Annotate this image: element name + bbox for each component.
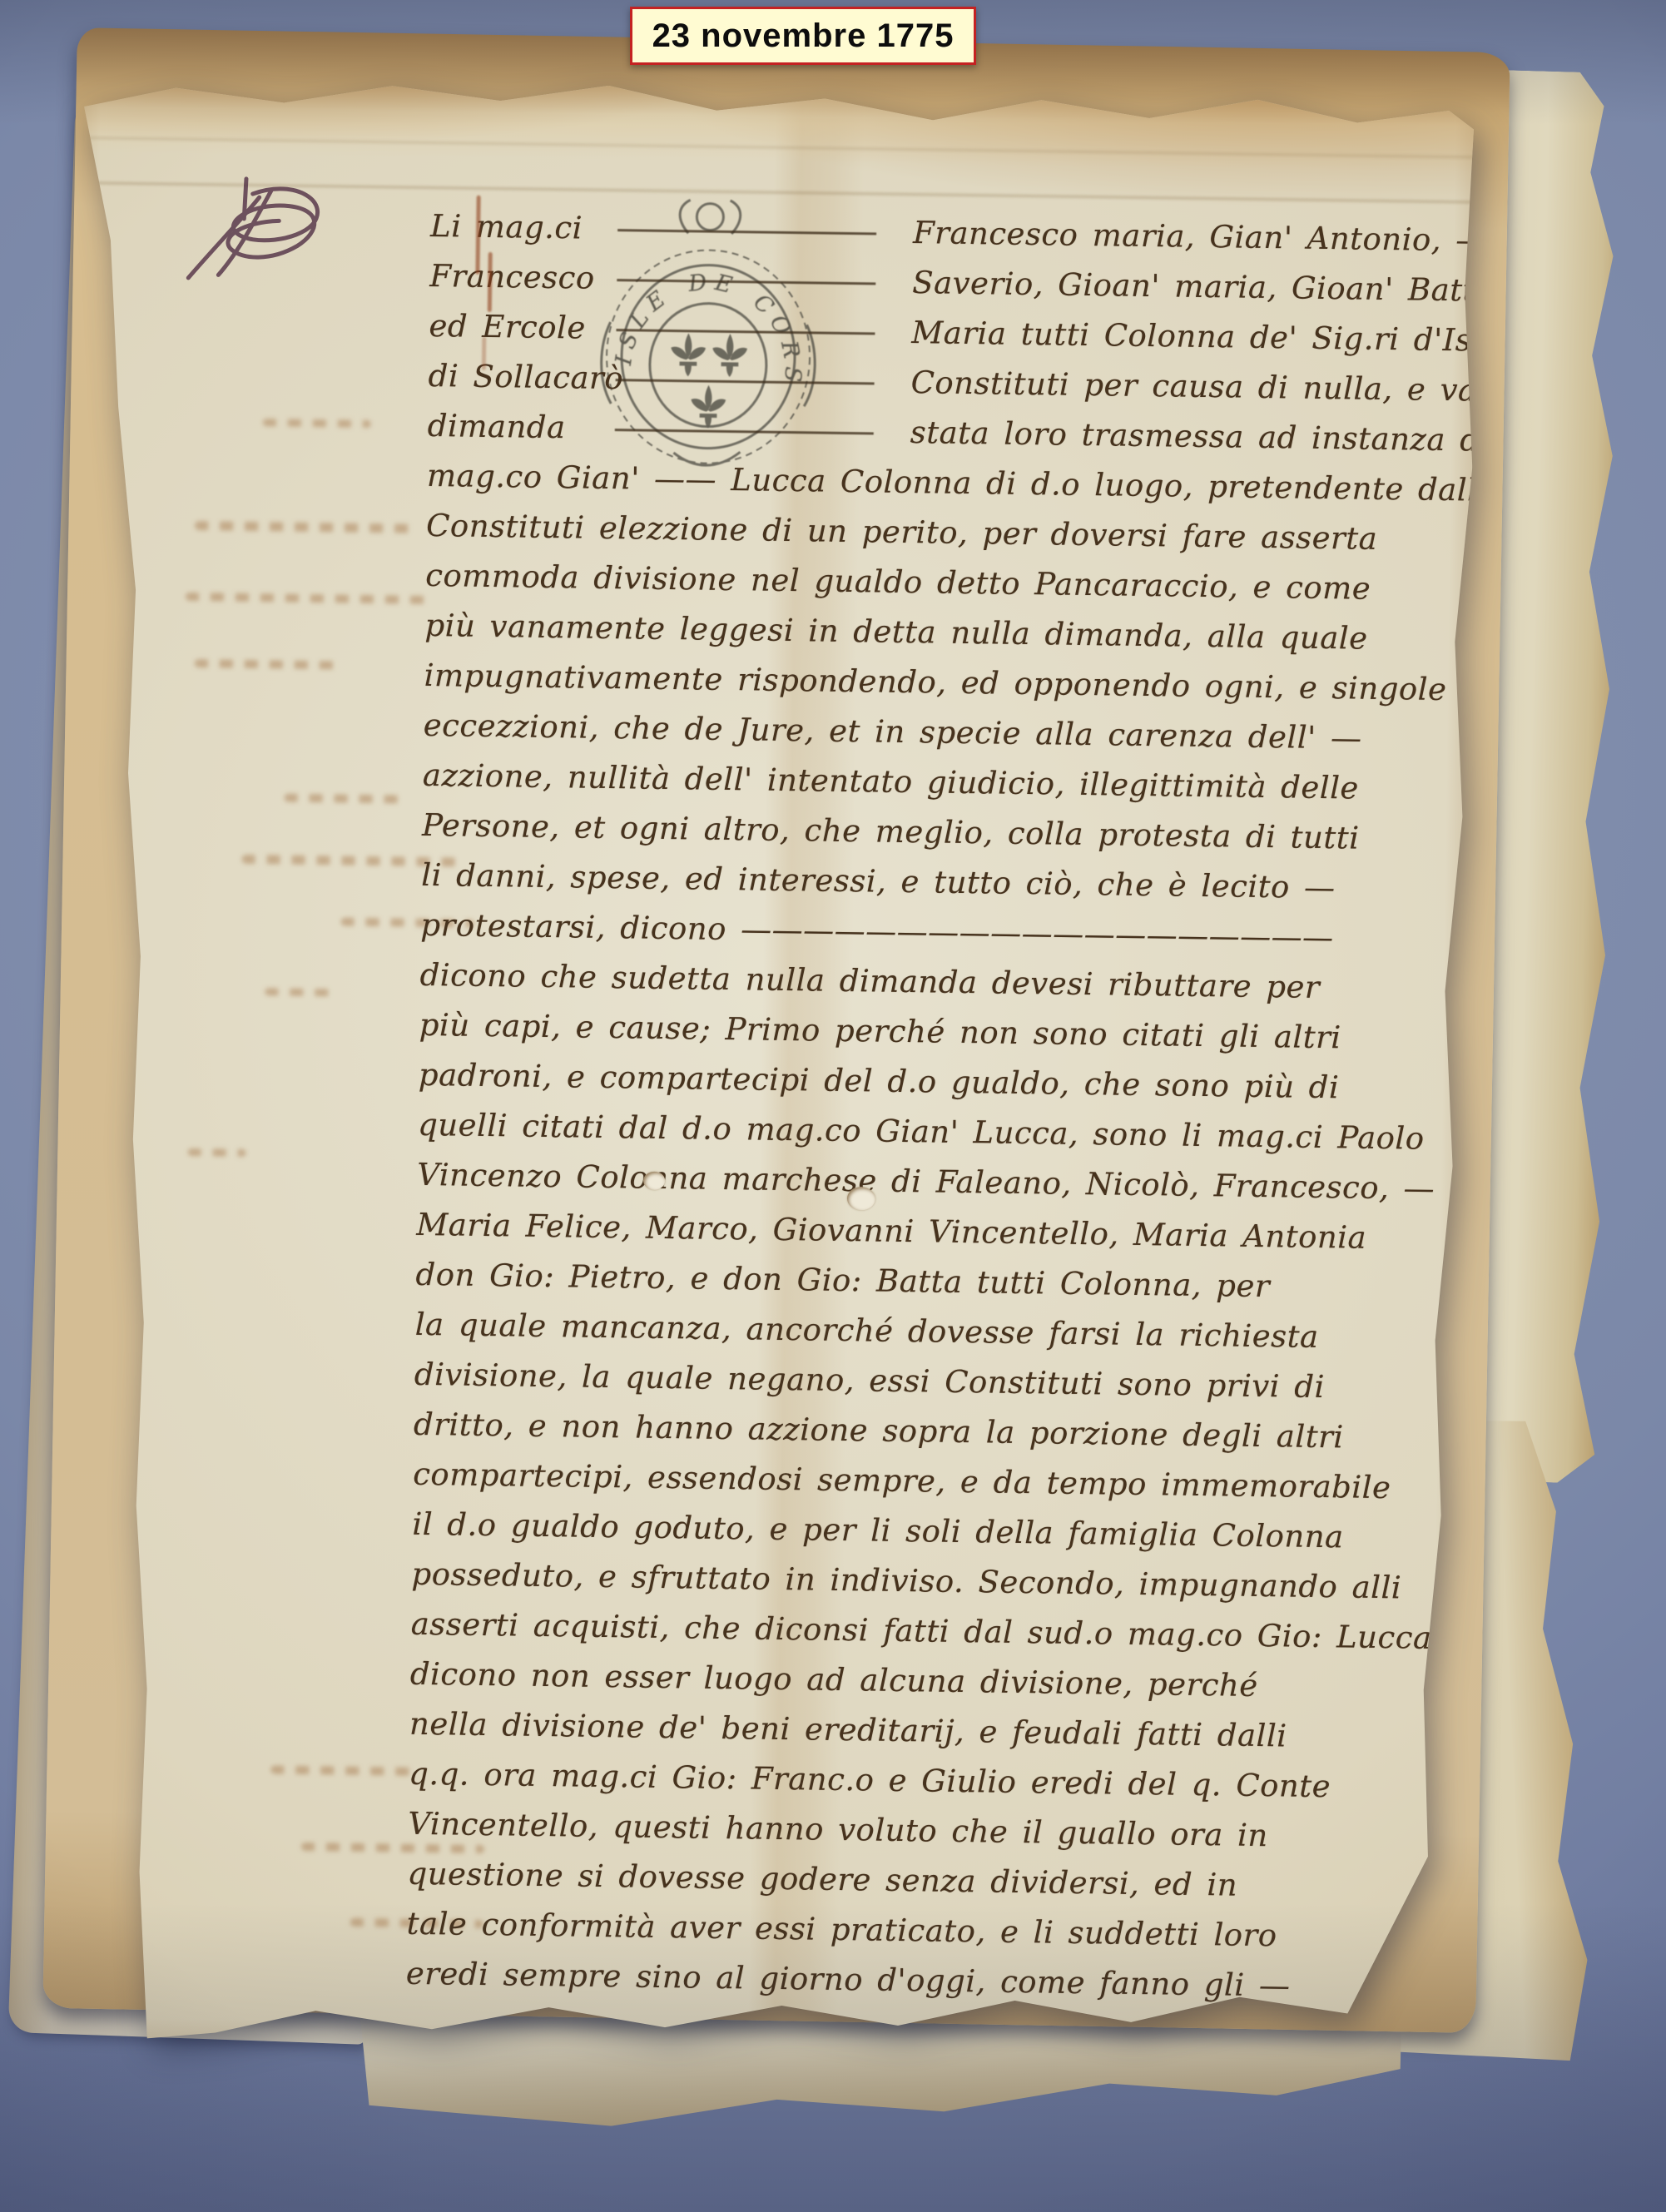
- line-left-text: Li mag.ci: [430, 201, 593, 254]
- bleedthrough-mark: [188, 1148, 246, 1157]
- line-left-text: ed Ercole: [429, 301, 592, 354]
- ruled-gap: [593, 204, 914, 258]
- paper-crease: [76, 136, 1484, 159]
- ruled-gap: [589, 404, 910, 458]
- ruled-gap: [590, 354, 911, 408]
- ruled-gap: [592, 254, 913, 308]
- bleedthrough-mark: [285, 794, 401, 804]
- bleedthrough-mark: [270, 1765, 420, 1776]
- bleedthrough-mark: [263, 419, 371, 428]
- archival-photo: ijtaccettiNreroiox40unolle A: [0, 0, 1666, 2212]
- date-label-text: 23 novembre 1775: [652, 17, 954, 55]
- line-right-text: Constituti per causa di nulla, e vana: [910, 358, 1516, 416]
- ruled-gap: [591, 304, 912, 358]
- manuscript-text: ISLE DE CORSE Li mag.ci Francesco maria,…: [405, 201, 1470, 2013]
- bleedthrough-mark: [265, 988, 340, 996]
- line-left-text: di Sollacarò: [428, 351, 591, 404]
- paper-hole: [643, 1172, 665, 1190]
- line-right-text: Saverio, Gioan' maria, Gioan' Batta: [912, 258, 1495, 316]
- ink-drip: [488, 252, 493, 312]
- paper-hole: [847, 1187, 875, 1210]
- bleedthrough-mark: [195, 659, 345, 670]
- bleedthrough-mark: [195, 521, 411, 533]
- ink-scribble: [171, 168, 340, 312]
- line-left-text: dimanda: [427, 401, 590, 454]
- line-left-text: Francesco: [429, 251, 593, 304]
- line-right-text: Francesco maria, Gian' Antonio, —: [913, 208, 1488, 266]
- split-line-group: Li mag.ci Francesco maria, Gian' Antonio…: [427, 201, 1470, 465]
- line-right-text: stata loro trasmessa ad instanza del —: [910, 408, 1554, 467]
- line-group: mag.co Gian' —— Lucca Colonna di d.o luo…: [405, 451, 1467, 2013]
- bleedthrough-mark: [186, 593, 435, 604]
- line-right-text: Maria tutti Colonna de' Sig.ri d'Istria: [911, 308, 1529, 366]
- date-label: 23 novembre 1775: [630, 7, 976, 65]
- manuscript-page: ISLE DE CORSE Li mag.ci Francesco maria,…: [48, 57, 1485, 2090]
- ink-drip: [482, 337, 487, 370]
